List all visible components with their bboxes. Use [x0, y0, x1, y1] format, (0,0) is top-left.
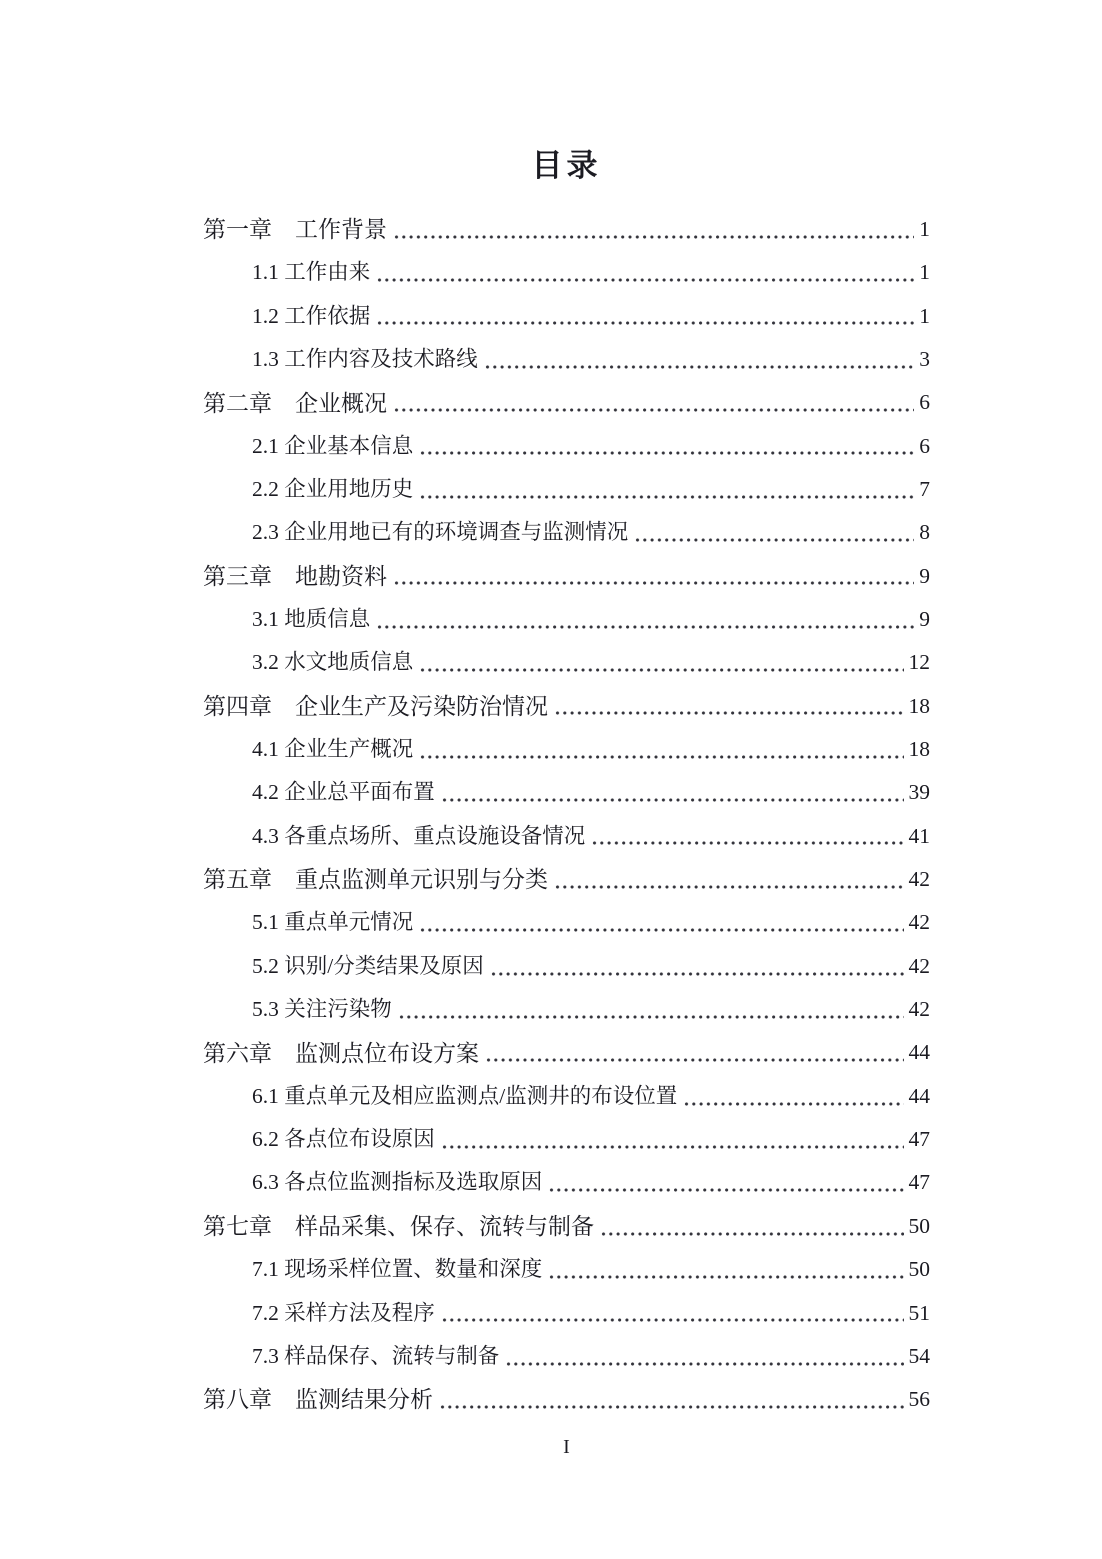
toc-entry[interactable]: 1.1 工作由来 1 — [203, 251, 930, 294]
toc-entry[interactable]: 第八章 监测结果分析 56 — [203, 1378, 930, 1421]
toc-entry[interactable]: 第二章 企业概况 6 — [203, 381, 930, 424]
toc-entry-page-number: 47 — [909, 1172, 931, 1194]
toc-entry-label: 第四章 企业生产及污染防治情况 — [203, 695, 548, 718]
page-title: 目录 — [203, 0, 930, 183]
toc-entry-page-number: 9 — [919, 566, 930, 588]
toc-entry-page-number: 1 — [919, 262, 930, 284]
dot-leader — [548, 1275, 903, 1279]
toc-entry-page-number: 42 — [909, 956, 931, 978]
toc-entry-label: 3.1 地质信息 — [252, 609, 370, 631]
dot-leader — [419, 495, 914, 499]
toc-entry-label: 7.1 现场采样位置、数量和深度 — [252, 1259, 542, 1281]
toc-entry-label: 2.3 企业用地已有的环境调查与监测情况 — [252, 522, 628, 544]
toc-entry-label: 1.2 工作依据 — [252, 306, 370, 328]
toc-entry[interactable]: 第四章 企业生产及污染防治情况 18 — [203, 685, 930, 728]
dot-leader — [484, 365, 914, 369]
toc-entry[interactable]: 1.3 工作内容及技术路线 3 — [203, 338, 930, 381]
toc-entry[interactable]: 3.2 水文地质信息 12 — [203, 641, 930, 684]
toc-entry-page-number: 44 — [909, 1086, 931, 1108]
dot-leader — [419, 451, 914, 455]
toc-entry[interactable]: 4.2 企业总平面布置 39 — [203, 771, 930, 814]
toc-entry-label: 2.1 企业基本信息 — [252, 436, 413, 458]
toc-entry-label: 5.3 关注污染物 — [252, 999, 392, 1021]
dot-leader — [548, 1188, 903, 1192]
toc-entry-page-number: 18 — [909, 739, 931, 761]
dot-leader — [439, 1405, 904, 1409]
toc-entry-page-number: 51 — [909, 1303, 931, 1325]
dot-leader — [419, 928, 903, 932]
toc-entry-label: 5.2 识别/分类结果及原因 — [252, 956, 484, 978]
toc-entry-page-number: 3 — [919, 349, 930, 371]
toc-entry[interactable]: 6.1 重点单元及相应监测点/监测井的布设位置 44 — [203, 1075, 930, 1118]
toc-entry-label: 2.2 企业用地历史 — [252, 479, 413, 501]
toc-entry-label: 4.3 各重点场所、重点设施设备情况 — [252, 826, 585, 848]
page-content: 目录 第一章 工作背景 1 1.1 工作由来 1 1.2 工作依据 — [203, 0, 930, 1458]
toc-entry-label: 第五章 重点监测单元识别与分类 — [203, 868, 548, 891]
dot-leader — [393, 581, 914, 585]
dot-leader — [376, 321, 914, 325]
toc-entry[interactable]: 第三章 地勘资料 9 — [203, 555, 930, 598]
dot-leader — [485, 1058, 904, 1062]
dot-leader — [398, 1015, 904, 1019]
toc-entry-label: 1.1 工作由来 — [252, 262, 370, 284]
toc-entry-page-number: 41 — [909, 826, 931, 848]
toc-entry-page-number: 42 — [909, 999, 931, 1021]
table-of-contents: 第一章 工作背景 1 1.1 工作由来 1 1.2 工作依据 1 — [203, 208, 930, 1422]
dot-leader — [683, 1102, 903, 1106]
toc-entry[interactable]: 5.3 关注污染物 42 — [203, 988, 930, 1031]
dot-leader — [441, 798, 904, 802]
toc-entry-label: 1.3 工作内容及技术路线 — [252, 349, 478, 371]
dot-leader — [634, 538, 914, 542]
toc-entry[interactable]: 2.3 企业用地已有的环境调查与监测情况 8 — [203, 511, 930, 554]
toc-entry[interactable]: 6.3 各点位监测指标及选取原因 47 — [203, 1162, 930, 1205]
dot-leader — [505, 1362, 903, 1366]
toc-entry-page-number: 8 — [919, 522, 930, 544]
toc-entry[interactable]: 7.2 采样方法及程序 51 — [203, 1292, 930, 1335]
toc-entry-page-number: 50 — [909, 1259, 931, 1281]
dot-leader — [441, 1145, 904, 1149]
dot-leader — [591, 841, 903, 845]
toc-entry-label: 第三章 地勘资料 — [203, 565, 387, 588]
toc-entry-label: 4.1 企业生产概况 — [252, 739, 413, 761]
toc-entry-label: 3.2 水文地质信息 — [252, 652, 413, 674]
toc-entry-label: 4.2 企业总平面布置 — [252, 782, 435, 804]
toc-entry-page-number: 42 — [909, 912, 931, 934]
toc-entry[interactable]: 第五章 重点监测单元识别与分类 42 — [203, 858, 930, 901]
toc-entry-label: 第二章 企业概况 — [203, 392, 387, 415]
toc-entry-page-number: 44 — [909, 1042, 931, 1064]
dot-leader — [554, 711, 904, 715]
toc-entry-label: 6.1 重点单元及相应监测点/监测井的布设位置 — [252, 1086, 677, 1108]
toc-entry[interactable]: 7.3 样品保存、流转与制备 54 — [203, 1335, 930, 1378]
toc-entry-page-number: 1 — [919, 306, 930, 328]
toc-entry-page-number: 18 — [909, 696, 931, 718]
toc-entry-page-number: 12 — [909, 652, 931, 674]
toc-entry[interactable]: 5.1 重点单元情况 42 — [203, 902, 930, 945]
dot-leader — [393, 408, 914, 412]
toc-entry-page-number: 42 — [909, 869, 931, 891]
document-page: 目录 第一章 工作背景 1 1.1 工作由来 1 1.2 工作依据 — [0, 0, 1102, 1559]
toc-entry-page-number: 54 — [909, 1346, 931, 1368]
toc-entry[interactable]: 1.2 工作依据 1 — [203, 295, 930, 338]
dot-leader — [419, 668, 903, 672]
toc-entry-label: 5.1 重点单元情况 — [252, 912, 413, 934]
toc-entry[interactable]: 第六章 监测点位布设方案 44 — [203, 1032, 930, 1075]
toc-entry[interactable]: 2.2 企业用地历史 7 — [203, 468, 930, 511]
toc-entry-label: 6.2 各点位布设原因 — [252, 1129, 435, 1151]
toc-entry-page-number: 50 — [909, 1216, 931, 1238]
toc-entry-page-number: 7 — [919, 479, 930, 501]
toc-entry-page-number: 47 — [909, 1129, 931, 1151]
dot-leader — [393, 235, 914, 239]
dot-leader — [554, 885, 904, 889]
toc-entry-label: 第七章 样品采集、保存、流转与制备 — [203, 1215, 594, 1238]
dot-leader — [419, 755, 903, 759]
dot-leader — [441, 1318, 904, 1322]
toc-entry[interactable]: 3.1 地质信息 9 — [203, 598, 930, 641]
toc-entry-page-number: 6 — [919, 436, 930, 458]
toc-entry-page-number: 1 — [919, 219, 930, 241]
toc-entry-label: 第八章 监测结果分析 — [203, 1388, 433, 1411]
toc-entry[interactable]: 第七章 样品采集、保存、流转与制备 50 — [203, 1205, 930, 1248]
toc-entry-label: 6.3 各点位监测指标及选取原因 — [252, 1172, 542, 1194]
toc-entry-page-number: 56 — [909, 1389, 931, 1411]
toc-entry[interactable]: 6.2 各点位布设原因 47 — [203, 1118, 930, 1161]
toc-entry-label: 7.3 样品保存、流转与制备 — [252, 1346, 499, 1368]
toc-entry[interactable]: 5.2 识别/分类结果及原因 42 — [203, 945, 930, 988]
dot-leader — [600, 1232, 904, 1236]
dot-leader — [376, 625, 914, 629]
toc-entry-page-number: 6 — [919, 392, 930, 414]
toc-entry[interactable]: 第一章 工作背景 1 — [203, 208, 930, 251]
dot-leader — [490, 972, 904, 976]
toc-entry-label: 7.2 采样方法及程序 — [252, 1303, 435, 1325]
toc-entry[interactable]: 4.1 企业生产概况 18 — [203, 728, 930, 771]
toc-entry[interactable]: 4.3 各重点场所、重点设施设备情况 41 — [203, 815, 930, 858]
dot-leader — [376, 278, 914, 282]
toc-entry-page-number: 39 — [909, 782, 931, 804]
toc-entry[interactable]: 7.1 现场采样位置、数量和深度 50 — [203, 1248, 930, 1291]
toc-entry-page-number: 9 — [919, 609, 930, 631]
toc-entry[interactable]: 2.1 企业基本信息 6 — [203, 425, 930, 468]
toc-entry-label: 第一章 工作背景 — [203, 218, 387, 241]
page-footer-roman-numeral: I — [203, 1436, 930, 1458]
toc-entry-label: 第六章 监测点位布设方案 — [203, 1042, 479, 1065]
